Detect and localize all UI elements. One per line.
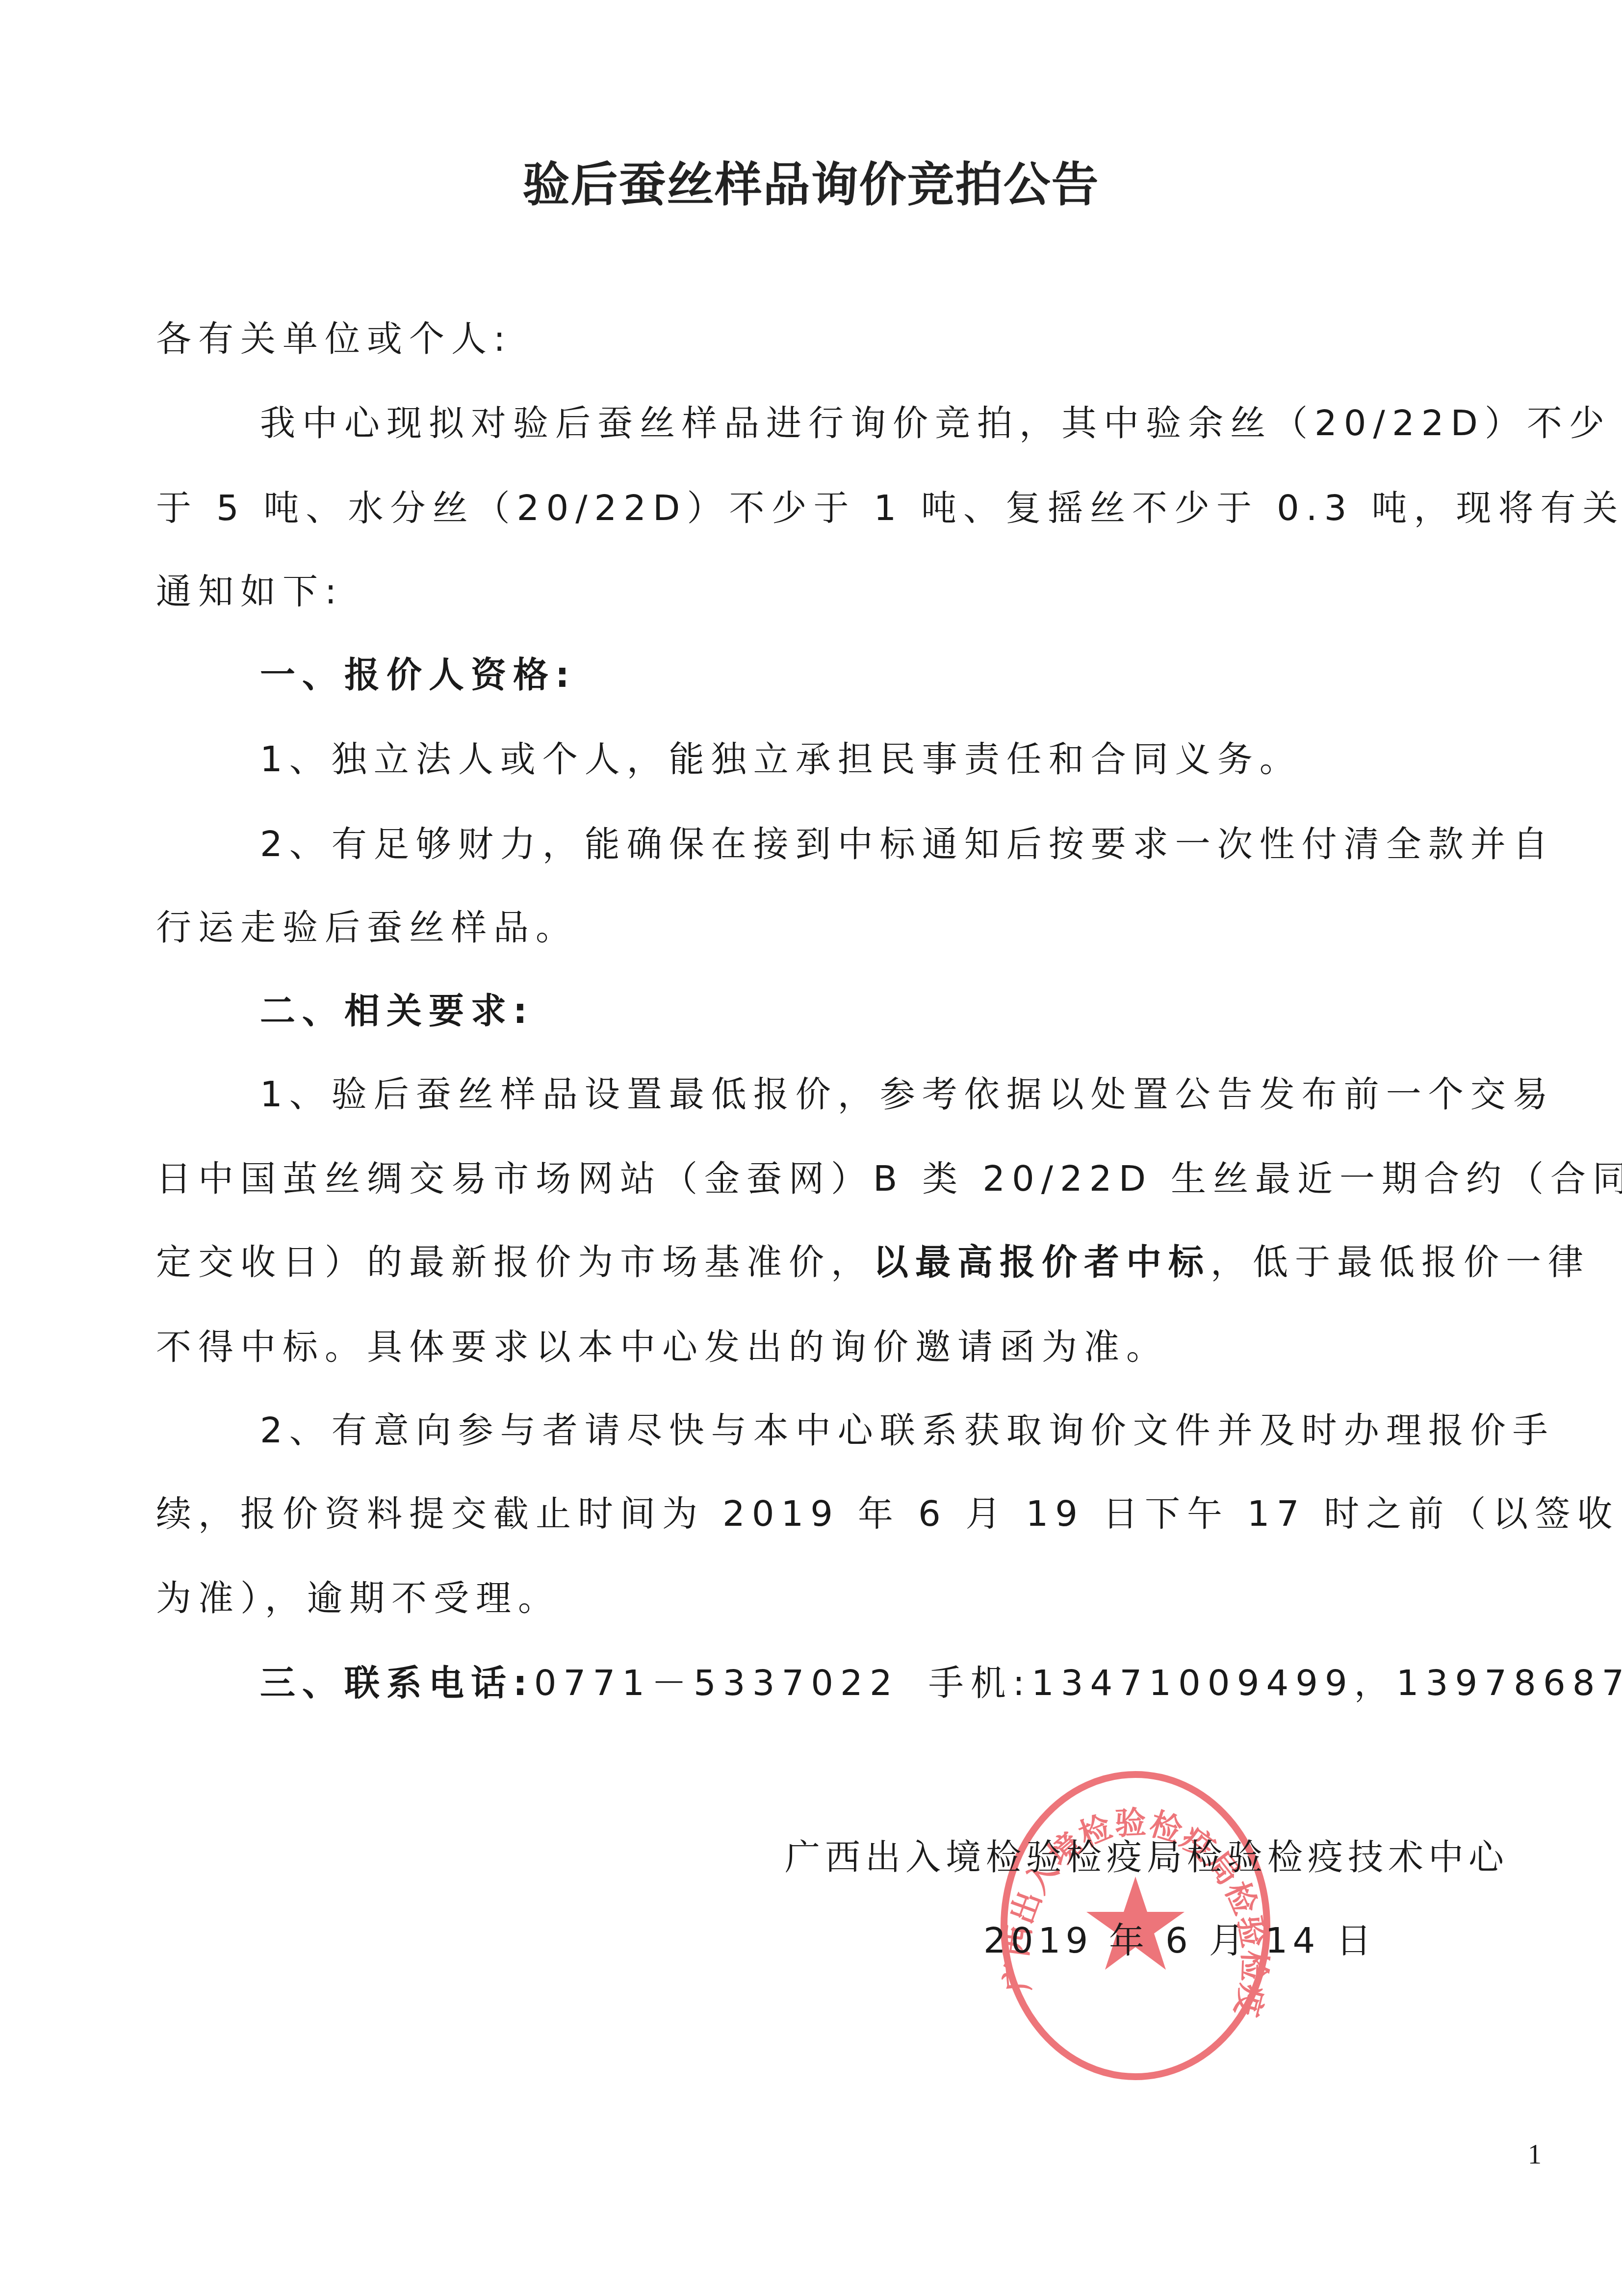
section-2-item-1-line-2: 日中国茧丝绸交易市场网站（金蚕网）B 类 20/22D 生丝最近一期合约（合同约 bbox=[156, 1154, 1622, 1203]
section-3-heading: 三、联系电话: bbox=[260, 1662, 534, 1703]
intro-line-1: 我中心现拟对验后蚕丝样品进行询价竞拍，其中验余丝（20/22D）不少 bbox=[260, 398, 1611, 447]
intro-line-2: 于 5 吨、水分丝（20/22D）不少于 1 吨、复摇丝不少于 0.3 吨，现将… bbox=[156, 483, 1622, 532]
mobile-label: 手机: bbox=[928, 1662, 1031, 1703]
document-title: 验后蚕丝样品询价竞拍公告 bbox=[0, 147, 1622, 214]
intro-line-3: 通知如下: bbox=[156, 567, 343, 616]
document-page: 验后蚕丝样品询价竞拍公告 各有关单位或个人: 我中心现拟对验后蚕丝样品进行询价竞… bbox=[0, 0, 1622, 2296]
section-2-item-1-line-3: 定交收日）的最新报价为市场基准价，以最高报价者中标，低于最低报价一律 bbox=[156, 1237, 1590, 1286]
office-phone: 0771－5337022 bbox=[534, 1662, 899, 1703]
base-price-text: 定交收日）的最新报价为市场基准价， bbox=[156, 1241, 873, 1282]
salutation: 各有关单位或个人: bbox=[156, 314, 512, 363]
section-1-heading: 一、报价人资格: bbox=[260, 650, 576, 699]
section-1-item-1: 1、独立法人或个人，能独立承担民事责任和合同义务。 bbox=[260, 734, 1302, 783]
section-2-item-1-line-1: 1、验后蚕丝样品设置最低报价，参考依据以处置公告发布前一个交易 bbox=[260, 1070, 1555, 1119]
mobile-numbers: 13471009499，13978687277 bbox=[1031, 1662, 1622, 1703]
section-2-item-2-line-3: 为准），逾期不受理。 bbox=[156, 1573, 560, 1622]
section-2-heading: 二、相关要求: bbox=[260, 986, 534, 1035]
page-number: 1 bbox=[1528, 2139, 1542, 2170]
contact-line: 三、联系电话:0771－5337022手机:13471009499，139786… bbox=[260, 1658, 1622, 1707]
section-1-item-2-line-1: 2、有足够财力，能确保在接到中标通知后按要求一次性付清全款并自 bbox=[260, 819, 1555, 868]
section-2-item-2-line-2: 续，报价资料提交截止时间为 2019 年 6 月 19 日下午 17 时之前（以… bbox=[156, 1489, 1622, 1538]
signing-date: 2019 年 6 月 14 日 bbox=[983, 1916, 1376, 1965]
section-1-item-2-line-2: 行运走验后蚕丝样品。 bbox=[156, 903, 578, 952]
section-2-item-2-line-1: 2、有意向参与者请尽快与本中心联系获取询价文件并及时办理报价手 bbox=[260, 1406, 1555, 1455]
section-2-item-1-line-4: 不得中标。具体要求以本中心发出的询价邀请函为准。 bbox=[156, 1322, 1168, 1371]
minimum-price-text: ，低于最低报价一律 bbox=[1210, 1241, 1590, 1282]
highest-bid-wins-text: 以最高报价者中标 bbox=[873, 1241, 1210, 1282]
signing-organization: 广西出入境检验检疫局检验检疫技术中心 bbox=[785, 1832, 1509, 1881]
